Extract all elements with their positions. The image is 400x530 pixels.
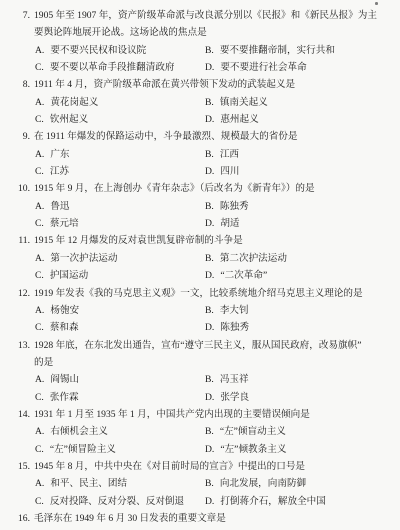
option-a: A.和平、民主、团结	[35, 475, 127, 492]
question-stem-text: 1911 年 4 月，资产阶级革命派在黄兴带领下发动的武装起义是	[34, 76, 295, 93]
option-row: C.蔡和森D.陈独秀	[0, 319, 400, 336]
option-text: 黄花岗起义	[50, 97, 98, 108]
option-row: C.反对投降、反对分裂、反对倒退D.打倒蒋介石，解放全中国	[0, 493, 400, 510]
option-b: B.冯玉祥	[205, 371, 249, 388]
option-d: D.胡适	[205, 215, 240, 232]
question-number: 15.	[0, 458, 30, 475]
option-label: B.	[205, 374, 214, 385]
option-c: C.蔡元培	[35, 215, 79, 232]
option-label: A.	[35, 426, 44, 437]
question-stem-line: 10.1915 年 9 月，在上海创办《青年杂志》（后改名为《新青年》）的是	[0, 180, 400, 197]
option-label: D.	[205, 322, 214, 333]
option-d: D.打倒蒋介石，解放全中国	[205, 493, 326, 510]
question-stem-line: 要舆论阵地展开论战。这场论战的焦点是	[0, 24, 400, 41]
question-stem-line: 的是	[0, 354, 400, 371]
option-d: D.陈独秀	[205, 319, 249, 336]
option-label: C.	[35, 218, 44, 229]
question-stem-line: 16.毛泽东在 1949 年 6 月 30 日发表的重要文章是	[0, 510, 400, 527]
question-stem-text: 1919 年发表《我的马克思主义观》一文，比较系统地介绍马克思主义理论的是	[34, 285, 363, 302]
option-label: D.	[205, 62, 214, 73]
question-stem-line: 11.1915 年 12 月爆发的反对袁世凯复辟帝制的斗争是	[0, 232, 400, 249]
question-item: 9.在 1911 年爆发的保路运动中，斗争最激烈、规模最大的省份是A.广东B.江…	[0, 128, 400, 180]
option-label: D.	[205, 444, 214, 455]
option-label: C.	[35, 322, 44, 333]
option-b: B.镇南关起义	[205, 94, 268, 111]
option-text: 鲁迅	[50, 201, 69, 212]
question-number: 12.	[0, 285, 30, 302]
option-label: C.	[35, 444, 44, 455]
question-stem-text: 毛泽东在 1949 年 6 月 30 日发表的重要文章是	[34, 510, 226, 527]
option-label: B.	[205, 45, 214, 56]
option-text: “左”倾盲动主义	[220, 426, 286, 437]
option-text: 陈独秀	[220, 201, 249, 212]
option-label: D.	[205, 166, 214, 177]
option-label: D.	[205, 496, 214, 507]
question-number: 7.	[0, 7, 30, 24]
option-label: B.	[205, 97, 214, 108]
question-number: 9.	[0, 128, 30, 145]
option-label: C.	[35, 114, 44, 125]
question-item: 12.1919 年发表《我的马克思主义观》一文，比较系统地介绍马克思主义理论的是…	[0, 285, 400, 337]
option-b: B.第二次护法运动	[205, 250, 287, 267]
option-text: “二次革命”	[220, 270, 267, 281]
question-stem-line: 7.1905 年至 1907 年，资产阶级革命派与改良派分别以《民报》和《新民丛…	[0, 7, 400, 24]
question-stem-text: 1931 年 1 月至 1935 年 1 月，中国共产党内出现的主要错误倾向是	[34, 406, 310, 423]
option-row: A.广东B.江西	[0, 146, 400, 163]
option-row: C.“左”倾冒险主义D.“左”倾教条主义	[0, 441, 400, 458]
exam-page: 7.1905 年至 1907 年，资产阶级革命派与改良派分别以《民报》和《新民丛…	[0, 0, 400, 530]
option-label: B.	[205, 305, 214, 316]
option-row: A.要不要兴民权和设议院B.要不要推翻帝制，实行共和	[0, 42, 400, 59]
option-c: C.反对投降、反对分裂、反对倒退	[35, 493, 184, 510]
option-label: A.	[35, 97, 44, 108]
option-d: D.四川	[205, 163, 240, 180]
question-stem-text: 在 1911 年爆发的保路运动中，斗争最激烈、规模最大的省份是	[34, 128, 297, 145]
question-number: 16.	[0, 510, 30, 527]
question-stem-text: 1945 年 8 月，中共中央在《对目前时局的宣言》中提出的口号是	[34, 458, 305, 475]
question-list: 7.1905 年至 1907 年，资产阶级革命派与改良派分别以《民报》和《新民丛…	[0, 7, 400, 527]
option-label: D.	[205, 218, 214, 229]
option-label: D.	[205, 392, 214, 403]
question-stem-line: 9.在 1911 年爆发的保路运动中，斗争最激烈、规模最大的省份是	[0, 128, 400, 145]
option-b: B.陈独秀	[205, 198, 249, 215]
question-item: 15.1945 年 8 月，中共中央在《对目前时局的宣言》中提出的口号是A.和平…	[0, 458, 400, 510]
option-text: 镇南关起义	[220, 97, 268, 108]
question-item: 13.1928 年底，在东北发出通告，宣布“遵守三民主义，服从国民政府，改易旗帜…	[0, 337, 400, 406]
option-row: A.杨匏安B.李大钊	[0, 302, 400, 319]
option-text: 冯玉祥	[220, 374, 249, 385]
option-text: 四川	[220, 166, 239, 177]
option-a: A.第一次护法运动	[35, 250, 117, 267]
option-d: D.惠州起义	[205, 111, 259, 128]
option-c: C.蔡和森	[35, 319, 79, 336]
option-row: C.护国运动D.“二次革命”	[0, 267, 400, 284]
option-text: 钦州起义	[50, 114, 88, 125]
option-row: C.蔡元培D.胡适	[0, 215, 400, 232]
option-b: B.“左”倾盲动主义	[205, 423, 286, 440]
question-stem-text: 1905 年至 1907 年，资产阶级革命派与改良派分别以《民报》和《新民丛报》…	[34, 7, 377, 24]
question-item: 11.1915 年 12 月爆发的反对袁世凯复辟帝制的斗争是A.第一次护法运动B…	[0, 232, 400, 284]
question-stem-text: 1915 年 9 月，在上海创办《青年杂志》（后改名为《新青年》）的是	[34, 180, 315, 197]
option-label: D.	[205, 114, 214, 125]
option-a: A.要不要兴民权和设议院	[35, 42, 146, 59]
option-b: B.向北发展，向南防御	[205, 475, 306, 492]
option-label: C.	[35, 166, 44, 177]
option-row: A.右倾机会主义B.“左”倾盲动主义	[0, 423, 400, 440]
option-label: B.	[205, 478, 214, 489]
option-text: 阎锡山	[50, 374, 79, 385]
option-label: A.	[35, 253, 44, 264]
option-label: B.	[205, 149, 214, 160]
option-label: A.	[35, 305, 44, 316]
option-c: C.江苏	[35, 163, 69, 180]
question-item: 14.1931 年 1 月至 1935 年 1 月，中国共产党内出现的主要错误倾…	[0, 406, 400, 458]
option-text: 蔡和森	[50, 322, 79, 333]
option-a: A.阎锡山	[35, 371, 79, 388]
option-text: 胡适	[220, 218, 239, 229]
option-text: 打倒蒋介石，解放全中国	[220, 496, 326, 507]
option-text: 惠州起义	[220, 114, 258, 125]
option-row: C.江苏D.四川	[0, 163, 400, 180]
option-row: C.要不要以革命手段推翻清政府D.要不要进行社会革命	[0, 59, 400, 76]
option-c: C.护国运动	[35, 267, 88, 284]
option-text: 向北发展，向南防御	[220, 478, 306, 489]
question-stem-line: 12.1919 年发表《我的马克思主义观》一文，比较系统地介绍马克思主义理论的是	[0, 285, 400, 302]
option-c: C.要不要以革命手段推翻清政府	[35, 59, 175, 76]
option-d: D.“左”倾教条主义	[205, 441, 286, 458]
question-item: 7.1905 年至 1907 年，资产阶级革命派与改良派分别以《民报》和《新民丛…	[0, 7, 400, 76]
option-label: D.	[205, 270, 214, 281]
question-item: 8.1911 年 4 月，资产阶级革命派在黄兴带领下发动的武装起义是A.黄花岗起…	[0, 76, 400, 128]
option-c: C.钦州起义	[35, 111, 88, 128]
option-b: B.李大钊	[205, 302, 249, 319]
scan-speck	[375, 2, 378, 5]
option-row: A.和平、民主、团结B.向北发展，向南防御	[0, 475, 400, 492]
option-label: C.	[35, 496, 44, 507]
option-text: 要不要进行社会革命	[220, 62, 306, 73]
option-a: A.右倾机会主义	[35, 423, 108, 440]
option-d: D.要不要进行社会革命	[205, 59, 307, 76]
option-row: A.阎锡山B.冯玉祥	[0, 371, 400, 388]
option-text: 反对投降、反对分裂、反对倒退	[50, 496, 184, 507]
question-stem-text: 1915 年 12 月爆发的反对袁世凯复辟帝制的斗争是	[34, 232, 243, 249]
question-stem-line: 15.1945 年 8 月，中共中央在《对目前时局的宣言》中提出的口号是	[0, 458, 400, 475]
option-text: “左”倾教条主义	[220, 444, 286, 455]
option-text: 张作霖	[50, 392, 79, 403]
option-text: 广东	[50, 149, 69, 160]
option-label: A.	[35, 374, 44, 385]
option-text: 第二次护法运动	[220, 253, 287, 264]
question-number: 14.	[0, 406, 30, 423]
option-text: “左”倾冒险主义	[50, 444, 116, 455]
option-text: 要不要兴民权和设议院	[50, 45, 146, 56]
option-a: A.鲁迅	[35, 198, 70, 215]
question-stem-line: 13.1928 年底，在东北发出通告，宣布“遵守三民主义，服从国民政府，改易旗帜…	[0, 337, 400, 354]
option-text: 李大钊	[220, 305, 249, 316]
option-label: A.	[35, 45, 44, 56]
option-b: B.要不要推翻帝制，实行共和	[205, 42, 335, 59]
question-item: 16.毛泽东在 1949 年 6 月 30 日发表的重要文章是	[0, 510, 400, 527]
option-text: 要不要以革命手段推翻清政府	[50, 62, 175, 73]
option-row: C.钦州起义D.惠州起义	[0, 111, 400, 128]
question-number: 13.	[0, 337, 30, 354]
option-text: 和平、民主、团结	[50, 478, 127, 489]
option-text: 蔡元培	[50, 218, 79, 229]
question-stem-line: 8.1911 年 4 月，资产阶级革命派在黄兴带领下发动的武装起义是	[0, 76, 400, 93]
option-label: B.	[205, 426, 214, 437]
option-c: C.“左”倾冒险主义	[35, 441, 116, 458]
option-text: 右倾机会主义	[50, 426, 108, 437]
option-a: A.黄花岗起义	[35, 94, 98, 111]
option-a: A.广东	[35, 146, 70, 163]
option-text: 杨匏安	[50, 305, 79, 316]
question-stem-text: 1928 年底，在东北发出通告，宣布“遵守三民主义，服从国民政府，改易旗帜”	[34, 337, 362, 354]
option-b: B.江西	[205, 146, 239, 163]
option-row: A.鲁迅B.陈独秀	[0, 198, 400, 215]
option-a: A.杨匏安	[35, 302, 79, 319]
option-label: A.	[35, 478, 44, 489]
option-label: A.	[35, 201, 44, 212]
option-text: 江苏	[50, 166, 69, 177]
option-label: C.	[35, 270, 44, 281]
option-row: A.第一次护法运动B.第二次护法运动	[0, 250, 400, 267]
question-item: 10.1915 年 9 月，在上海创办《青年杂志》（后改名为《新青年》）的是A.…	[0, 180, 400, 232]
question-number: 10.	[0, 180, 30, 197]
question-stem-line: 14.1931 年 1 月至 1935 年 1 月，中国共产党内出现的主要错误倾…	[0, 406, 400, 423]
option-text: 陈独秀	[220, 322, 249, 333]
option-label: C.	[35, 392, 44, 403]
question-number: 11.	[0, 232, 30, 249]
option-label: B.	[205, 201, 214, 212]
option-label: C.	[35, 62, 44, 73]
option-text: 第一次护法运动	[50, 253, 117, 264]
option-text: 张学良	[220, 392, 249, 403]
option-label: A.	[35, 149, 44, 160]
question-number: 8.	[0, 76, 30, 93]
option-label: B.	[205, 253, 214, 264]
option-text: 护国运动	[50, 270, 88, 281]
option-text: 江西	[220, 149, 239, 160]
option-d: D.张学良	[205, 389, 249, 406]
option-d: D.“二次革命”	[205, 267, 267, 284]
option-row: A.黄花岗起义B.镇南关起义	[0, 94, 400, 111]
option-row: C.张作霖D.张学良	[0, 389, 400, 406]
option-c: C.张作霖	[35, 389, 79, 406]
option-text: 要不要推翻帝制，实行共和	[220, 45, 335, 56]
